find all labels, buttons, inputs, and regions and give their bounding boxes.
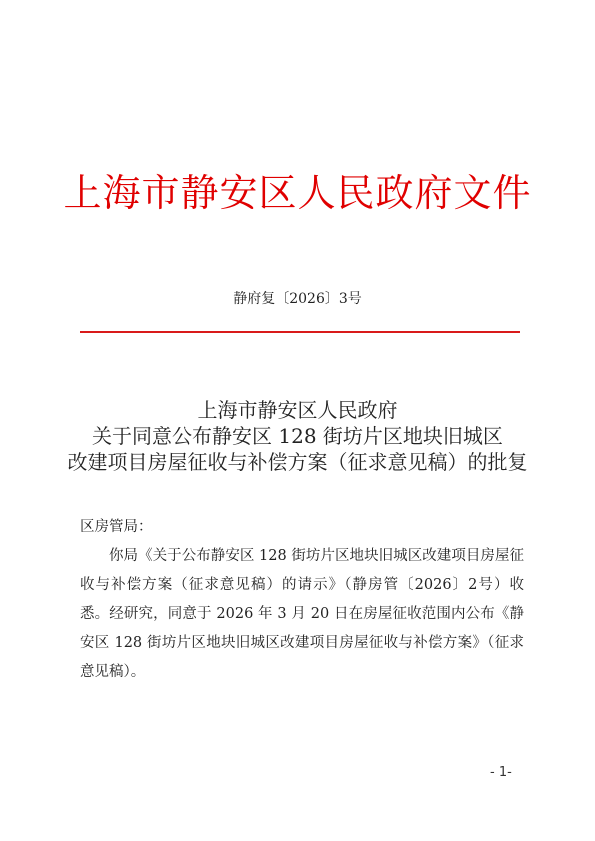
subject-line-1: 上海市静安区人民政府 [0,397,595,423]
red-separator-line [80,331,520,333]
subject-line-3: 改建项目房屋征收与补偿方案（征求意见稿）的批复 [0,449,595,475]
subject-line-2: 关于同意公布静安区 128 街坊片区地块旧城区 [0,423,595,449]
body-paragraph: 你局《关于公布静安区 128 街坊片区地块旧城区改建项目房屋征收与补偿方案（征求… [80,542,524,687]
issuer-title: 上海市静安区人民政府文件 [0,168,595,218]
document-page: 上海市静安区人民政府文件 静府复〔2026〕3号 上海市静安区人民政府 关于同意… [0,0,595,841]
document-body: 区房管局： 你局《关于公布静安区 128 街坊片区地块旧城区改建项目房屋征收与补… [80,513,524,687]
document-subject: 上海市静安区人民政府 关于同意公布静安区 128 街坊片区地块旧城区 改建项目房… [0,397,595,475]
addressee: 区房管局： [80,513,524,542]
page-number: - 1- [490,765,512,780]
document-number: 静府复〔2026〕3号 [0,289,595,309]
